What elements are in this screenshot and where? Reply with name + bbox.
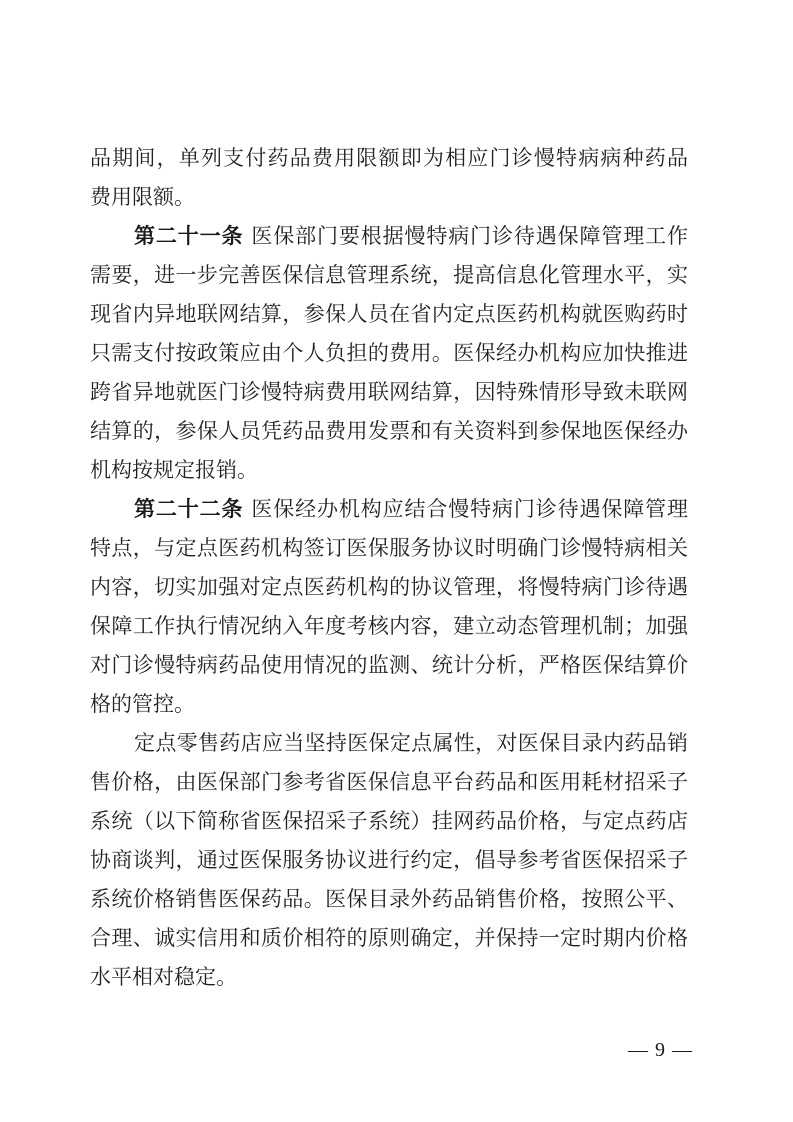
text-line: 费用限额。: [90, 178, 688, 217]
text-line: 机构按规定报销。: [90, 451, 688, 490]
article-heading: 第二十二条: [134, 498, 243, 521]
text-line: 现省内异地联网结算，参保人员在省内定点医药机构就医购药时: [90, 295, 688, 334]
document-page: 品期间，单列支付药品费用限额即为相应门诊慢特病病种药品费用限额。第二十一条医保部…: [0, 0, 793, 1122]
text-line: 售价格，由医保部门参考省医保信息平台药品和医用耗材招采子: [90, 763, 688, 802]
text-line: 水平相对稳定。: [90, 958, 688, 997]
text-line: 系统（以下简称省医保招采子系统）挂网药品价格，与定点药店: [90, 802, 688, 841]
text-line: 保障工作执行情况纳入年度考核内容，建立动态管理机制；加强: [90, 607, 688, 646]
text-line: 合理、诚实信用和质价相符的原则确定，并保持一定时期内价格: [90, 919, 688, 958]
text-line: 需要，进一步完善医保信息管理系统，提高信息化管理水平，实: [90, 256, 688, 295]
text-line: 第二十二条医保经办机构应结合慢特病门诊待遇保障管理: [90, 490, 688, 529]
text-run: 医保部门要根据慢特病门诊待遇保障管理工作: [251, 224, 688, 248]
text-line: 内容，切实加强对定点医药机构的协议管理，将慢特病门诊待遇: [90, 568, 688, 607]
document-body: 品期间，单列支付药品费用限额即为相应门诊慢特病病种药品费用限额。第二十一条医保部…: [90, 139, 688, 997]
text-line: 格的管控。: [90, 685, 688, 724]
text-run: 医保经办机构应结合慢特病门诊待遇保障管理: [251, 497, 688, 521]
text-line: 特点，与定点医药机构签订医保服务协议时明确门诊慢特病相关: [90, 529, 688, 568]
text-line: 系统价格销售医保药品。医保目录外药品销售价格，按照公平、: [90, 880, 688, 919]
text-line: 第二十一条医保部门要根据慢特病门诊待遇保障管理工作: [90, 217, 688, 256]
text-line: 只需支付按政策应由个人负担的费用。医保经办机构应加快推进: [90, 334, 688, 373]
text-line: 定点零售药店应当坚持医保定点属性，对医保目录内药品销: [90, 724, 688, 763]
text-line: 对门诊慢特病药品使用情况的监测、统计分析，严格医保结算价: [90, 646, 688, 685]
text-line: 协商谈判，通过医保服务协议进行约定，倡导参考省医保招采子: [90, 841, 688, 880]
text-line: 品期间，单列支付药品费用限额即为相应门诊慢特病病种药品: [90, 139, 688, 178]
text-line: 跨省异地就医门诊慢特病费用联网结算，因特殊情形导致未联网: [90, 373, 688, 412]
page-number: — 9 —: [628, 1038, 693, 1062]
text-line: 结算的，参保人员凭药品费用发票和有关资料到参保地医保经办: [90, 412, 688, 451]
article-heading: 第二十一条: [134, 225, 243, 248]
